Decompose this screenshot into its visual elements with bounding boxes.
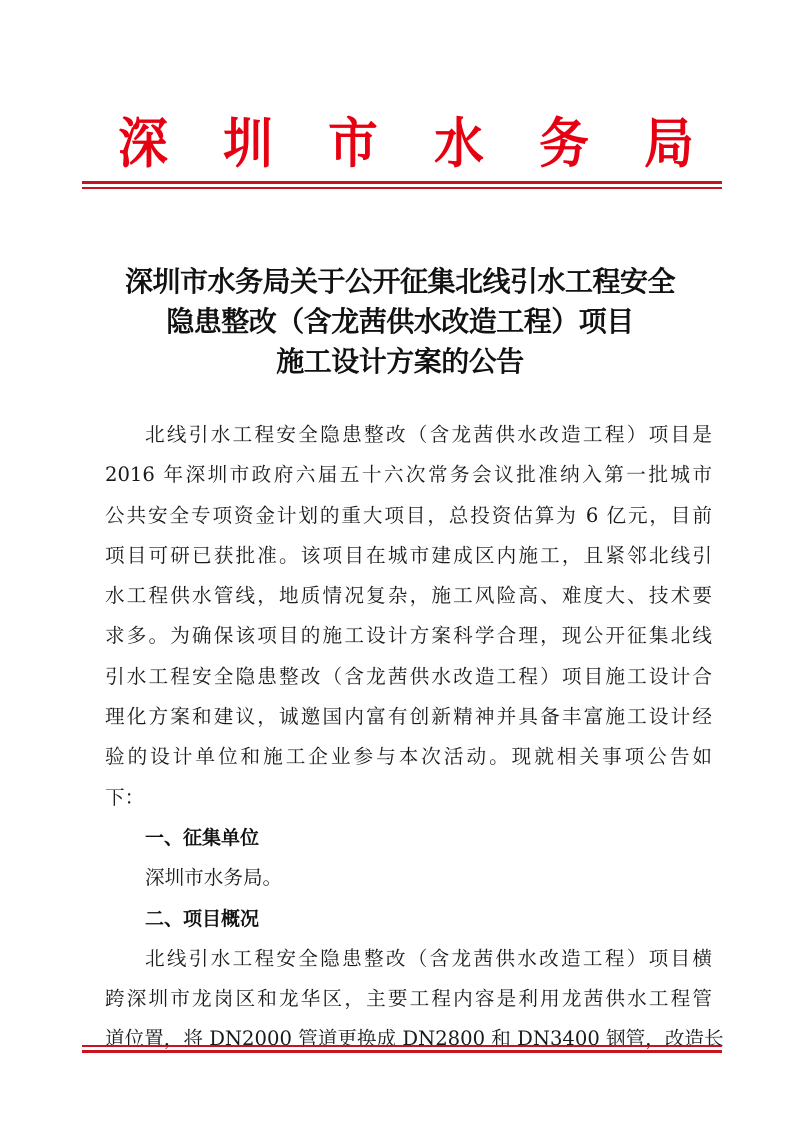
- body-line: 北线引水工程安全隐患整改（含龙茜供水改造工程）项目横: [105, 939, 712, 979]
- body-line: 下：: [105, 778, 712, 818]
- masthead-char: 圳: [223, 108, 273, 178]
- title-line: 施工设计方案的公告: [90, 342, 710, 382]
- masthead-char: 市: [329, 108, 379, 178]
- body-line: 道位置，将 DN2000 管道更换成 DN2800 和 DN3400 钢管，改造…: [105, 1019, 712, 1059]
- footer-rule-thin: [82, 1045, 722, 1047]
- masthead-char: 务: [539, 108, 589, 178]
- title-line: 隐患整改（含龙茜供水改造工程）项目: [90, 302, 710, 342]
- body-line: 跨深圳市龙岗区和龙华区，主要工程内容是利用龙茜供水工程管: [105, 979, 712, 1019]
- header-rule-thick: [82, 181, 722, 184]
- header-rule-thin: [82, 187, 722, 189]
- document-body: 北线引水工程安全隐患整改（含龙茜供水改造工程）项目是 2016 年深圳市政府六届…: [105, 415, 712, 1060]
- body-line: 引水工程安全隐患整改（含龙茜供水改造工程）项目施工设计合: [105, 657, 712, 697]
- masthead-char: 水: [434, 108, 484, 178]
- section-heading-1: 一、征集单位: [105, 818, 712, 858]
- body-line: 项目可研已获批准。该项目在城市建成区内施工，且紧邻北线引: [105, 536, 712, 576]
- document-title: 深圳市水务局关于公开征集北线引水工程安全 隐患整改（含龙茜供水改造工程）项目 施…: [90, 262, 710, 382]
- body-line: 公共安全专项资金计划的重大项目，总投资估算为 6 亿元，目前: [105, 496, 712, 536]
- body-line: 2016 年深圳市政府六届五十六次常务会议批准纳入第一批城市: [105, 455, 712, 495]
- footer-rule-thick: [82, 1050, 722, 1053]
- document-page: 深 圳 市 水 务 局 深圳市水务局关于公开征集北线引水工程安全 隐患整改（含龙…: [0, 0, 800, 1132]
- body-line: 北线引水工程安全隐患整改（含龙茜供水改造工程）项目是: [105, 415, 712, 455]
- body-line: 水工程供水管线，地质情况复杂，施工风险高、难度大、技术要: [105, 576, 712, 616]
- body-line: 理化方案和建议，诚邀国内富有创新精神并具备丰富施工设计经: [105, 697, 712, 737]
- title-line: 深圳市水务局关于公开征集北线引水工程安全: [90, 262, 710, 302]
- org-masthead: 深 圳 市 水 务 局: [82, 108, 722, 178]
- body-line: 求多。为确保该项目的施工设计方案科学合理，现公开征集北线: [105, 616, 712, 656]
- body-line: 验的设计单位和施工企业参与本次活动。现就相关事项公告如: [105, 737, 712, 777]
- section-heading-2: 二、项目概况: [105, 899, 712, 939]
- masthead-char: 深: [118, 108, 168, 178]
- masthead-char: 局: [644, 108, 694, 178]
- section-1-text: 深圳市水务局。: [105, 858, 712, 898]
